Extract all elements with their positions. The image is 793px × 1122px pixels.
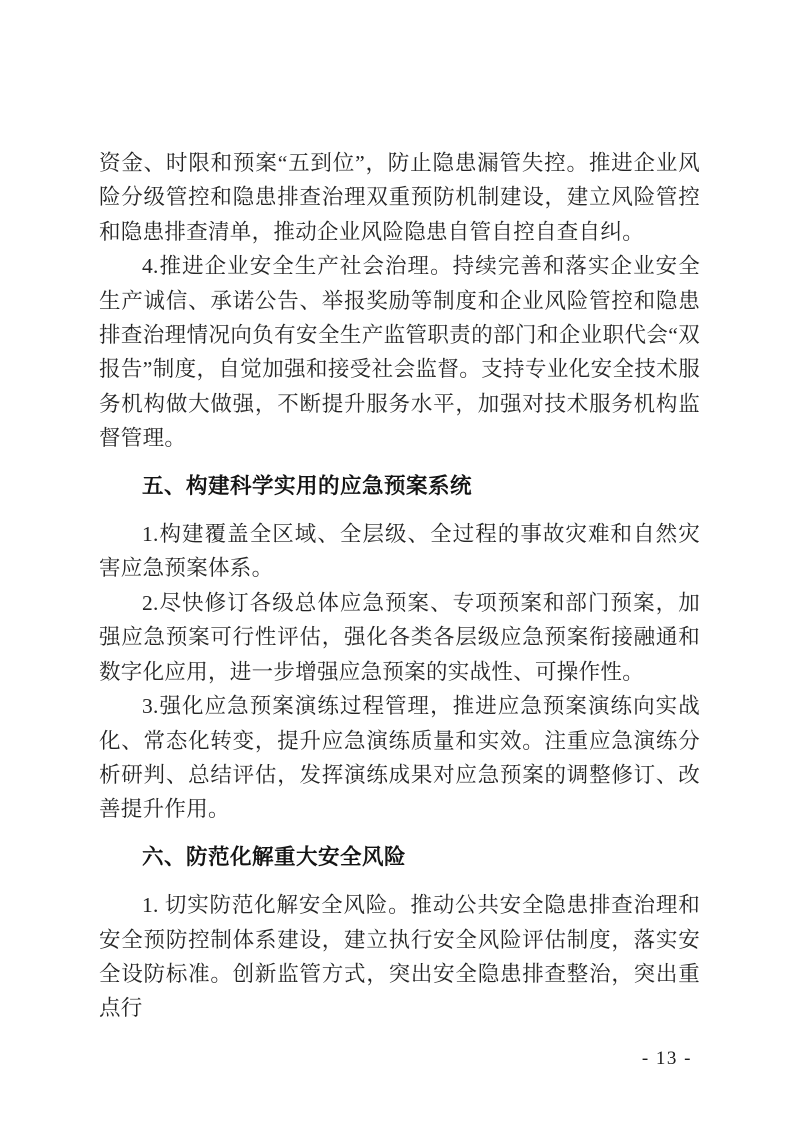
- paragraph-item-1-risk-prevention: 1. 切实防范化解安全风险。推动公共安全隐患排查治理和安全预防控制体系建设，建立…: [99, 888, 700, 1026]
- paragraph-item-4-enterprise-social-governance: 4.推进企业安全生产社会治理。持续完善和落实企业安全生产诚信、承诺公告、举报奖励…: [99, 249, 700, 455]
- paragraph-item-1-plan-coverage: 1.构建覆盖全区域、全层级、全过程的事故灾难和自然灾害应急预案体系。: [99, 517, 700, 586]
- document-body: 资金、时限和预案“五到位”，防止隐患漏管失控。推进企业风险分级管控和隐患排查治理…: [99, 146, 700, 1026]
- section-heading-5-emergency-plan-system: 五、构建科学实用的应急预案系统: [99, 469, 700, 503]
- section-heading-6-major-safety-risks: 六、防范化解重大安全风险: [99, 840, 700, 874]
- page-number: - 13 -: [642, 1048, 692, 1070]
- paragraph-item-3-drill-management: 3.强化应急预案演练过程管理，推进应急预案演练向实战化、常态化转变，提升应急演练…: [99, 689, 700, 827]
- document-page: 资金、时限和预案“五到位”，防止隐患漏管失控。推进企业风险分级管控和隐患排查治理…: [0, 0, 793, 1122]
- paragraph-continuation-funding: 资金、时限和预案“五到位”，防止隐患漏管失控。推进企业风险分级管控和隐患排查治理…: [99, 146, 700, 249]
- paragraph-item-2-plan-revision: 2.尽快修订各级总体应急预案、专项预案和部门预案，加强应急预案可行性评估，强化各…: [99, 586, 700, 689]
